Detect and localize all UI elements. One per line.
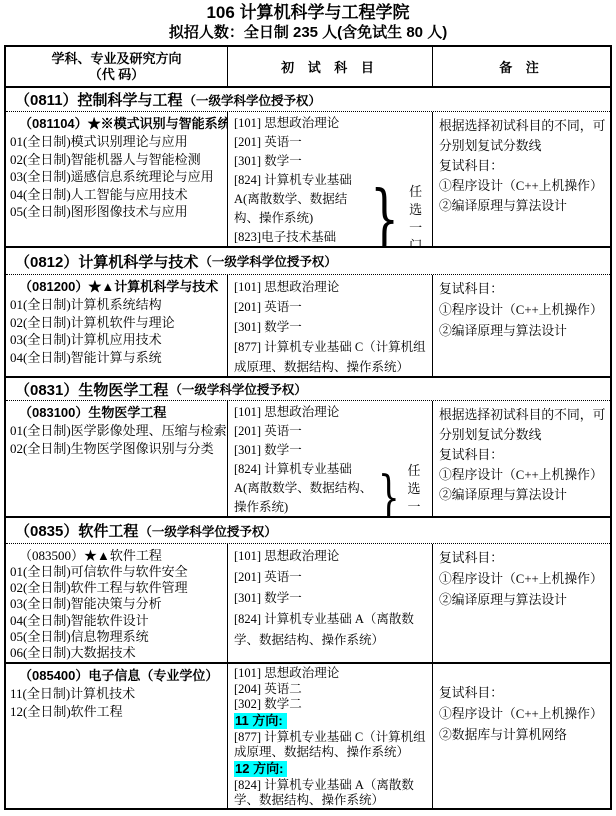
research-direction: 04(全日制)智能软件设计	[10, 613, 225, 629]
discipline-cell: （085400）电子信息（专业学位） 11(全日制)计算机技术 12(全日制)软…	[6, 664, 228, 809]
exam-subject: [301] 数学一	[234, 588, 431, 609]
exam-subjects-cell: [101] 思想政治理论 [201] 英语一 [301] 数学一 [824] 计…	[228, 112, 433, 246]
remarks-cell: 根据选择初试科目的不同，可分别划复试分数线 复试科目： ①程序设计（C++上机操…	[433, 401, 610, 516]
remark-line: ①程序设计（C++上机操作）	[439, 704, 608, 725]
choice-group: [824] 计算机专业基础 A(离散数学、数据结构、操作系统) [840]高等代…	[234, 460, 431, 516]
choice-one-label: 任选一门	[409, 183, 431, 247]
choice-subject-list: [824] 计算机专业基础 A(离散数学、数据结构、操作系统) [840]高等代…	[234, 460, 375, 516]
choice-subject-list: [824] 计算机专业基础 A(离散数学、数据结构、操作系统) [823]电子技…	[234, 171, 365, 246]
header-discipline-line2: （代 码）	[89, 67, 145, 83]
remark-line: ②编译原理与算法设计	[439, 321, 608, 342]
direction-11-label-line: 11 方向:	[234, 713, 431, 730]
exam-subject: [302] 数学二	[234, 697, 431, 713]
section-0812-content-row: （081200）★▲计算机科学与技术 01(全日制)计算机系统结构 02(全日制…	[6, 275, 610, 376]
exam-subject: [301] 数学一	[234, 317, 431, 337]
direction-12-label-line: 12 方向:	[234, 761, 431, 778]
research-direction: 04(全日制)人工智能与应用技术	[10, 186, 225, 204]
header-exam-subjects: 初 试 科 目	[228, 47, 433, 86]
remark-line: ②数据库与计算机网络	[439, 725, 608, 746]
program-code-title: （083100）生物医学工程	[10, 404, 225, 422]
research-direction: 03(全日制)遥感信息系统理论与应用	[10, 168, 225, 186]
research-direction: 01(全日制)医学影像处理、压缩与检索	[10, 422, 225, 440]
section-band-title: （0835）软件工程	[15, 520, 138, 541]
remark-line: ②编译原理与算法设计	[439, 590, 608, 611]
remark-line: ②编译原理与算法设计	[439, 485, 608, 505]
exam-subject: [877] 计算机专业基础 C（计算机组成原理、数据结构、操作系统）	[234, 730, 431, 761]
direction-12-highlight: 12 方向:	[234, 761, 287, 777]
page-title: 106 计算机科学与工程学院	[0, 0, 616, 23]
section-band-0812: （0812）计算机科学与技术 （一级学科学位授予权）	[6, 246, 610, 275]
choice-one-label: 任选一门	[408, 462, 431, 516]
exam-subject: [824] 计算机专业基础 A(离散数学、数据结构、操作系统)	[234, 171, 365, 228]
exam-subject: [301] 数学一	[234, 152, 431, 171]
section-0835-content-row: （083500）★▲软件工程 01(全日制)可信软件与软件安全 02(全日制)软…	[6, 544, 610, 662]
research-direction: 01(全日制)可信软件与软件安全	[10, 564, 225, 580]
section-band-0811: （0811）控制科学与工程 （一级学科学位授予权）	[6, 88, 610, 112]
research-direction: 11(全日制)计算机技术	[10, 685, 225, 703]
choice-group: [824] 计算机专业基础 A(离散数学、数据结构、操作系统) [823]电子技…	[234, 171, 431, 246]
header-discipline-line1: 学科、专业及研究方向	[51, 51, 181, 67]
exam-subjects-cell: [101] 思想政治理论 [201] 英语一 [301] 数学一 [824] 计…	[228, 401, 433, 516]
research-direction: 01(全日制)计算机系统结构	[10, 296, 225, 314]
discipline-cell: （081200）★▲计算机科学与技术 01(全日制)计算机系统结构 02(全日制…	[6, 275, 228, 376]
remark-line: 复试科目：	[439, 683, 608, 704]
exam-subjects-cell: [101] 思想政治理论 [201] 英语一 [301] 数学一 [877] 计…	[228, 275, 433, 376]
remarks-cell: 复试科目： ①程序设计（C++上机操作） ②编译原理与算法设计	[433, 275, 610, 376]
section-band-0831: （0831）生物医学工程 （一级学科学位授予权）	[6, 376, 610, 401]
exam-subject: [824] 计算机专业基础 A（离散数学、数据结构、操作系统）	[234, 609, 431, 651]
exam-subject: [824] 计算机专业基础 A(离散数学、数据结构、操作系统)	[234, 460, 375, 516]
section-085400-content-row: （085400）电子信息（专业学位） 11(全日制)计算机技术 12(全日制)软…	[6, 662, 610, 809]
remark-line: 复试科目：	[439, 156, 608, 176]
section-band-title: （0831）生物医学工程	[15, 379, 168, 400]
header-discipline-column: 学科、专业及研究方向 （代 码）	[6, 47, 228, 86]
exam-subjects-cell: [101] 思想政治理论 [201] 英语一 [301] 数学一 [824] 计…	[228, 544, 433, 662]
admissions-table: 学科、专业及研究方向 （代 码） 初 试 科 目 备 注 （0811）控制科学与…	[4, 45, 612, 810]
research-direction: 03(全日制)计算机应用技术	[10, 331, 225, 349]
exam-subject: [301] 数学一	[234, 441, 431, 460]
program-code-title: （081200）★▲计算机科学与技术	[10, 278, 225, 296]
exam-subject: [101] 思想政治理论	[234, 403, 431, 422]
research-direction: 02(全日制)软件工程与软件管理	[10, 580, 225, 596]
remarks-cell: 复试科目： ①程序设计（C++上机操作） ②数据库与计算机网络	[433, 664, 610, 809]
program-code-title: （085400）电子信息（专业学位）	[10, 667, 225, 685]
curly-brace-icon: }	[378, 469, 400, 516]
research-direction: 04(全日制)智能计算与系统	[10, 349, 225, 367]
section-band-authority: （一级学科学位授予权）	[169, 380, 307, 398]
program-code-title: （081104）★※模式识别与智能系统	[10, 115, 225, 133]
remark-line: ①程序设计（C++上机操作）	[439, 176, 608, 196]
exam-subjects-cell: [101] 思想政治理论 [204] 英语二 [302] 数学二 11 方向: …	[228, 664, 433, 809]
research-direction: 03(全日制)智能决策与分析	[10, 596, 225, 612]
discipline-cell: （083100）生物医学工程 01(全日制)医学影像处理、压缩与检索 02(全日…	[6, 401, 228, 516]
remark-line: 根据选择初试科目的不同，可分别划复试分数线	[439, 405, 608, 445]
discipline-cell: （083500）★▲软件工程 01(全日制)可信软件与软件安全 02(全日制)软…	[6, 544, 228, 662]
research-direction: 01(全日制)模式识别理论与应用	[10, 133, 225, 151]
remark-line: ②编译原理与算法设计	[439, 196, 608, 216]
remark-line: ①程序设计（C++上机操作）	[439, 569, 608, 590]
table-header-row: 学科、专业及研究方向 （代 码） 初 试 科 目 备 注	[6, 47, 610, 88]
discipline-cell: （081104）★※模式识别与智能系统 01(全日制)模式识别理论与应用 02(…	[6, 112, 228, 246]
exam-subject: [204] 英语二	[234, 682, 431, 698]
exam-subject: [101] 思想政治理论	[234, 666, 431, 682]
exam-subject: [824] 计算机专业基础 A（离散数学、数据结构、操作系统）	[234, 778, 431, 809]
section-band-authority: （一级学科学位授予权）	[199, 252, 337, 270]
section-band-authority: （一级学科学位授予权）	[139, 522, 277, 540]
exam-subject: [201] 英语一	[234, 133, 431, 152]
program-code-title: （083500）★▲软件工程	[10, 547, 225, 564]
remark-line: 复试科目：	[439, 548, 608, 569]
section-0831-content-row: （083100）生物医学工程 01(全日制)医学影像处理、压缩与检索 02(全日…	[6, 401, 610, 516]
remark-line: 根据选择初试科目的不同，可分别划复试分数线	[439, 116, 608, 156]
exam-subject: [101] 思想政治理论	[234, 546, 431, 567]
exam-subject: [823]电子技术基础	[234, 228, 365, 246]
research-direction: 05(全日制)图形图像技术与应用	[10, 203, 225, 221]
remarks-cell: 根据选择初试科目的不同，可分别划复试分数线 复试科目： ①程序设计（C++上机操…	[433, 112, 610, 246]
direction-11-highlight: 11 方向:	[234, 713, 287, 729]
remark-line: ①程序设计（C++上机操作）	[439, 465, 608, 485]
remarks-cell: 复试科目： ①程序设计（C++上机操作） ②编译原理与算法设计	[433, 544, 610, 662]
exam-subject: [201] 英语一	[234, 297, 431, 317]
remark-line: 复试科目：	[439, 445, 608, 465]
exam-subject: [101] 思想政治理论	[234, 277, 431, 297]
section-band-authority: （一级学科学位授予权）	[184, 91, 322, 109]
curly-brace-icon: }	[370, 181, 399, 246]
exam-subject: [101] 思想政治理论	[234, 114, 431, 133]
section-0811-content-row: （081104）★※模式识别与智能系统 01(全日制)模式识别理论与应用 02(…	[6, 112, 610, 246]
research-direction: 02(全日制)智能机器人与智能检测	[10, 151, 225, 169]
remark-line: ①程序设计（C++上机操作）	[439, 300, 608, 321]
research-direction: 12(全日制)软件工程	[10, 703, 225, 721]
enrollment-subtitle: 拟招人数：全日制 235 人(含免试生 80 人)	[0, 23, 616, 42]
research-direction: 05(全日制)信息物理系统	[10, 629, 225, 645]
research-direction: 02(全日制)计算机软件与理论	[10, 314, 225, 332]
exam-subject: [201] 英语一	[234, 567, 431, 588]
section-band-0835: （0835）软件工程 （一级学科学位授予权）	[6, 516, 610, 544]
exam-subject: [201] 英语一	[234, 422, 431, 441]
research-direction: 02(全日制)生物医学图像识别与分类	[10, 440, 225, 458]
header-remarks: 备 注	[433, 47, 610, 86]
section-band-title: （0811）控制科学与工程	[15, 89, 183, 110]
remark-line: 复试科目：	[439, 279, 608, 300]
research-direction: 06(全日制)大数据技术	[10, 645, 225, 661]
exam-subject: [877] 计算机专业基础 C（计算机组成原理、数据结构、操作系统）	[234, 337, 431, 376]
section-band-title: （0812）计算机科学与技术	[15, 251, 198, 272]
